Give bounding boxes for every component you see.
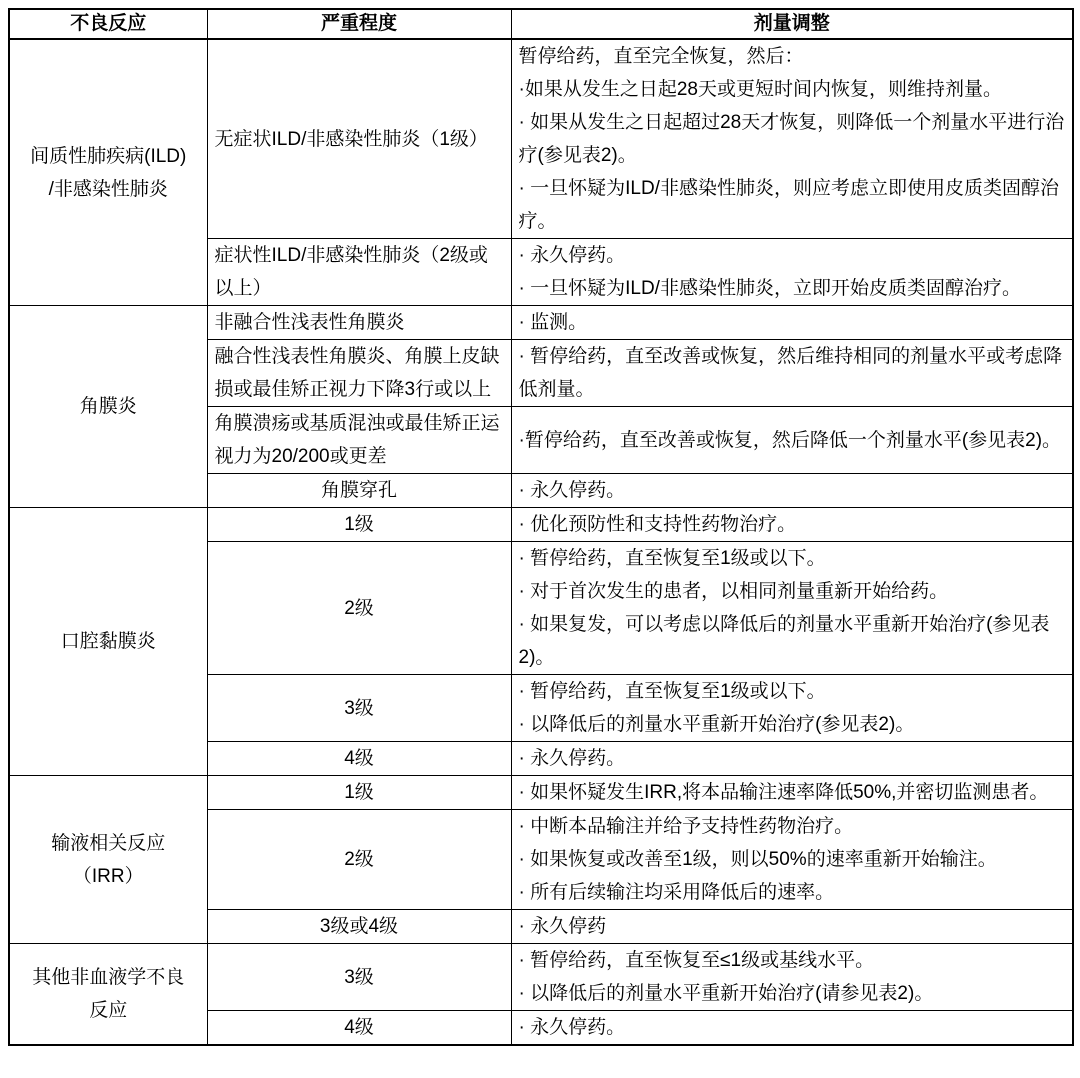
reaction-line: /非感染性肺炎 — [17, 173, 200, 206]
adjustment-cell: 暂停给药，直至完全恢复，然后：·如果从发生之日起28天或更短时间内恢复，则维持剂… — [511, 39, 1073, 239]
severity-cell: 2级 — [207, 810, 511, 910]
adjustment-cell: · 永久停药。 — [511, 1011, 1073, 1046]
adjustment-cell: · 监测。 — [511, 306, 1073, 340]
adjustment-line: · 暂停给药，直至恢复至1级或以下。 — [519, 675, 1066, 708]
adjustment-line: · 永久停药 — [519, 910, 1066, 943]
severity-cell: 1级 — [207, 776, 511, 810]
adjustment-line: ·如果从发生之日起28天或更短时间内恢复，则维持剂量。 — [519, 73, 1066, 106]
table-row: 输液相关反应（IRR）1级· 如果怀疑发生IRR,将本品输注速率降低50%,并密… — [9, 776, 1073, 810]
reaction-line: 口腔黏膜炎 — [17, 625, 200, 658]
adjustment-line: · 永久停药。 — [519, 474, 1066, 507]
adjustment-line: · 中断本品输注并给予支持性药物治疗。 — [519, 810, 1066, 843]
adjustment-cell: · 暂停给药，直至恢复至1级或以下。· 对于首次发生的患者，以相同剂量重新开始给… — [511, 542, 1073, 675]
severity-cell: 3级或4级 — [207, 910, 511, 944]
reaction-cell: 其他非血液学不良反应 — [9, 944, 207, 1046]
adjustment-line: · 一旦怀疑为ILD/非感染性肺炎，则应考虑立即使用皮质类固醇治疗。 — [519, 172, 1066, 238]
reaction-line: 输液相关反应 — [17, 827, 200, 860]
table-row: 其他非血液学不良反应3级· 暂停给药，直至恢复至≤1级或基线水平。· 以降低后的… — [9, 944, 1073, 1011]
adjustment-line: · 优化预防性和支持性药物治疗。 — [519, 508, 1066, 541]
table-row: 间质性肺疾病(ILD)/非感染性肺炎无症状ILD/非感染性肺炎（1级）暂停给药，… — [9, 39, 1073, 239]
severity-cell: 3级 — [207, 675, 511, 742]
adjustment-line: · 永久停药。 — [519, 1011, 1066, 1044]
severity-cell: 3级 — [207, 944, 511, 1011]
reaction-line: 间质性肺疾病(ILD) — [17, 140, 200, 173]
adjustment-line: ·暂停给药，直至改善或恢复，然后降低一个剂量水平(参见表2)。 — [519, 424, 1066, 457]
header-severity: 严重程度 — [207, 9, 511, 39]
reaction-line: 反应 — [17, 994, 200, 1027]
adjustment-line: 暂停给药，直至完全恢复，然后： — [519, 40, 1066, 73]
severity-cell: 4级 — [207, 1011, 511, 1046]
reaction-line: 其他非血液学不良 — [17, 961, 200, 994]
reaction-line: 角膜炎 — [17, 390, 200, 423]
reaction-cell: 输液相关反应（IRR） — [9, 776, 207, 944]
adjustment-cell: · 优化预防性和支持性药物治疗。 — [511, 508, 1073, 542]
adjustment-line: · 暂停给药，直至改善或恢复，然后维持相同的剂量水平或考虑降低剂量。 — [519, 340, 1066, 406]
adjustment-cell: · 永久停药 — [511, 910, 1073, 944]
adjustment-line: · 暂停给药，直至恢复至≤1级或基线水平。 — [519, 944, 1066, 977]
adjustment-cell: · 永久停药。 — [511, 474, 1073, 508]
adjustment-cell: · 暂停给药，直至恢复至≤1级或基线水平。· 以降低后的剂量水平重新开始治疗(请… — [511, 944, 1073, 1011]
adjustment-line: · 所有后续输注均采用降低后的速率。 — [519, 876, 1066, 909]
adjustment-line: · 如果复发，可以考虑以降低后的剂量水平重新开始治疗(参见表2)。 — [519, 608, 1066, 674]
adjustment-cell: · 永久停药。 — [511, 742, 1073, 776]
adjustment-line: · 如果从发生之日起超过28天才恢复，则降低一个剂量水平进行治疗(参见表2)。 — [519, 106, 1066, 172]
reaction-line: （IRR） — [17, 860, 200, 893]
reaction-cell: 角膜炎 — [9, 306, 207, 508]
adjustment-cell: · 如果怀疑发生IRR,将本品输注速率降低50%,并密切监测患者。 — [511, 776, 1073, 810]
severity-cell: 2级 — [207, 542, 511, 675]
adjustment-line: · 监测。 — [519, 306, 1066, 339]
document-page: 不良反应 严重程度 剂量调整 间质性肺疾病(ILD)/非感染性肺炎无症状ILD/… — [0, 0, 1080, 1078]
adjustment-line: · 对于首次发生的患者，以相同剂量重新开始给药。 — [519, 575, 1066, 608]
severity-cell: 无症状ILD/非感染性肺炎（1级） — [207, 39, 511, 239]
table-row: 角膜炎非融合性浅表性角膜炎· 监测。 — [9, 306, 1073, 340]
reaction-cell: 间质性肺疾病(ILD)/非感染性肺炎 — [9, 39, 207, 306]
adjustment-line: · 如果恢复或改善至1级，则以50%的速率重新开始输注。 — [519, 843, 1066, 876]
adjustment-cell: · 中断本品输注并给予支持性药物治疗。· 如果恢复或改善至1级，则以50%的速率… — [511, 810, 1073, 910]
adjustment-line: · 永久停药。 — [519, 742, 1066, 775]
severity-cell: 症状性ILD/非感染性肺炎（2级或以上） — [207, 239, 511, 306]
severity-cell: 1级 — [207, 508, 511, 542]
dose-adjustment-table: 不良反应 严重程度 剂量调整 间质性肺疾病(ILD)/非感染性肺炎无症状ILD/… — [8, 8, 1074, 1046]
adjustment-line: · 一旦怀疑为ILD/非感染性肺炎，立即开始皮质类固醇治疗。 — [519, 272, 1066, 305]
header-dose-adjustment: 剂量调整 — [511, 9, 1073, 39]
adjustment-line: · 以降低后的剂量水平重新开始治疗(参见表2)。 — [519, 708, 1066, 741]
severity-cell: 4级 — [207, 742, 511, 776]
table-row: 口腔黏膜炎1级· 优化预防性和支持性药物治疗。 — [9, 508, 1073, 542]
severity-cell: 融合性浅表性角膜炎、角膜上皮缺损或最佳矫正视力下降3行或以上 — [207, 340, 511, 407]
adjustment-line: · 暂停给药，直至恢复至1级或以下。 — [519, 542, 1066, 575]
adjustment-line: · 以降低后的剂量水平重新开始治疗(请参见表2)。 — [519, 977, 1066, 1010]
adjustment-cell: · 暂停给药，直至恢复至1级或以下。· 以降低后的剂量水平重新开始治疗(参见表2… — [511, 675, 1073, 742]
severity-cell: 角膜溃疡或基质混浊或最佳矫正运视力为20/200或更差 — [207, 407, 511, 474]
severity-cell: 非融合性浅表性角膜炎 — [207, 306, 511, 340]
header-adverse-reaction: 不良反应 — [9, 9, 207, 39]
adjustment-line: · 永久停药。 — [519, 239, 1066, 272]
adjustment-cell: · 永久停药。· 一旦怀疑为ILD/非感染性肺炎，立即开始皮质类固醇治疗。 — [511, 239, 1073, 306]
reaction-cell: 口腔黏膜炎 — [9, 508, 207, 776]
adjustment-line: · 如果怀疑发生IRR,将本品输注速率降低50%,并密切监测患者。 — [519, 776, 1066, 809]
header-row: 不良反应 严重程度 剂量调整 — [9, 9, 1073, 39]
adjustment-cell: · 暂停给药，直至改善或恢复，然后维持相同的剂量水平或考虑降低剂量。 — [511, 340, 1073, 407]
severity-cell: 角膜穿孔 — [207, 474, 511, 508]
adjustment-cell: ·暂停给药，直至改善或恢复，然后降低一个剂量水平(参见表2)。 — [511, 407, 1073, 474]
